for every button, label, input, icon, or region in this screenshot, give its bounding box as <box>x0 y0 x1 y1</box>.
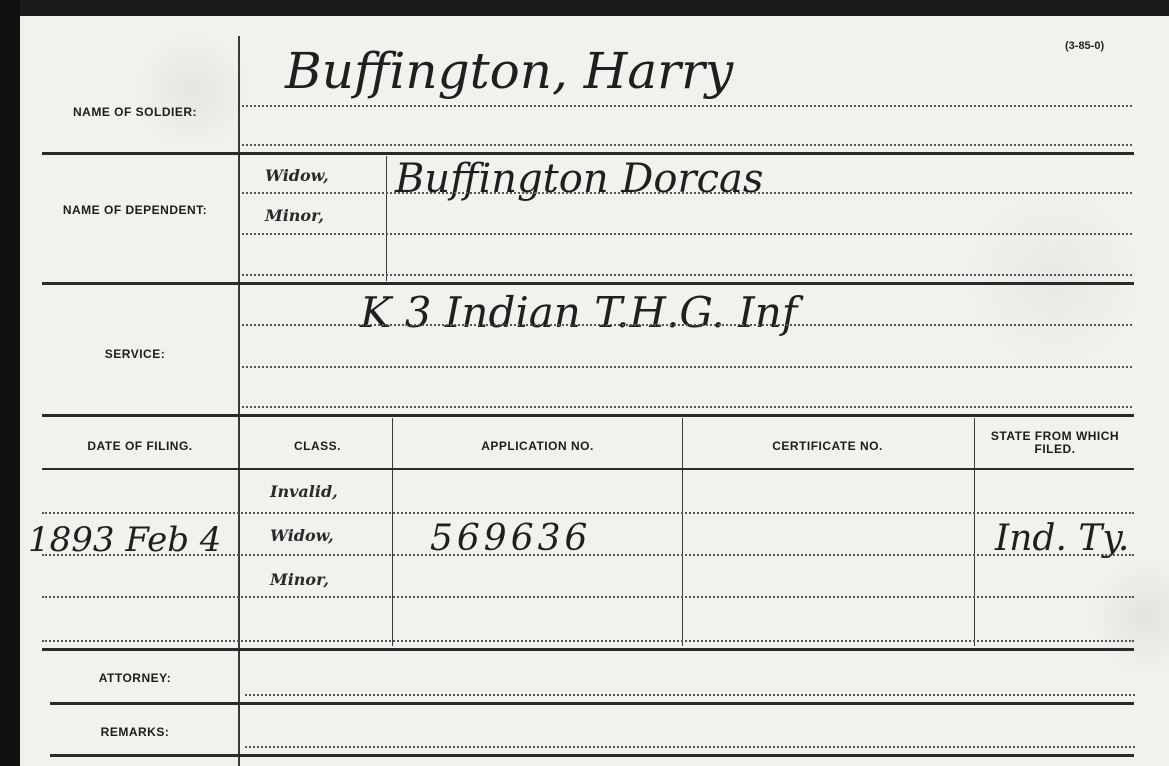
form-number: (3-85-0) <box>1065 40 1104 52</box>
application-col-divider <box>682 418 683 646</box>
class-widow: Widow, <box>270 526 334 545</box>
service-line-2 <box>242 366 1132 368</box>
soldier-name: Buffington, Harry <box>285 42 733 100</box>
pension-index-card: (3-85-0) NAME OF SOLDIER: Buffington, Ha… <box>20 16 1169 766</box>
header-application-no: APPLICATION NO. <box>395 440 680 453</box>
dependent-label: NAME OF DEPENDENT: <box>60 204 210 217</box>
soldier-line-1 <box>242 105 1132 107</box>
header-date-of-filing: DATE OF FILING. <box>50 440 230 453</box>
class-invalid: Invalid, <box>270 482 338 501</box>
dependent-type-divider <box>386 156 387 281</box>
dependent-line-1 <box>242 192 1132 194</box>
certificate-col-divider <box>974 418 975 646</box>
soldier-label: NAME OF SOLDIER: <box>60 106 210 119</box>
attorney-row-border <box>50 702 1134 705</box>
service-value: K 3 Indian T.H.G. Inf <box>360 288 797 337</box>
soldier-line-2 <box>242 144 1132 146</box>
table-line-4 <box>42 640 1134 642</box>
attorney-line <box>245 694 1135 696</box>
scan-border-left <box>0 0 20 766</box>
service-label: SERVICE: <box>60 348 210 361</box>
remarks-label: REMARKS: <box>60 726 210 739</box>
dependent-line-2 <box>242 233 1132 235</box>
dependent-line-3 <box>242 274 1132 276</box>
service-row-border <box>42 414 1134 417</box>
scan-border-top <box>0 0 1169 16</box>
service-line-1 <box>242 324 1132 326</box>
class-minor: Minor, <box>270 570 329 589</box>
table-line-1 <box>42 512 1134 514</box>
table-line-3 <box>42 596 1134 598</box>
attorney-label: ATTORNEY: <box>60 672 210 685</box>
remarks-line <box>245 746 1135 748</box>
table-bottom-border <box>42 648 1134 651</box>
header-row-border <box>42 468 1134 470</box>
dependent-name: Buffington Dorcas <box>395 156 763 202</box>
header-state: STATE FROM WHICH FILED. <box>980 430 1130 456</box>
state-filed-value: Ind. Ty. <box>995 518 1129 559</box>
header-class: CLASS. <box>245 440 390 453</box>
class-col-divider <box>392 418 393 646</box>
table-line-2 <box>42 554 1134 556</box>
remarks-row-border <box>50 754 1134 757</box>
dependent-row-border <box>42 282 1134 285</box>
dependent-type-minor: Minor, <box>265 206 324 225</box>
label-column-divider <box>238 36 240 766</box>
soldier-row-border <box>42 152 1134 155</box>
application-no-value: 569636 <box>430 518 591 559</box>
header-certificate-no: CERTIFICATE NO. <box>685 440 970 453</box>
dependent-type-widow: Widow, <box>265 166 329 185</box>
service-line-3 <box>242 406 1132 408</box>
